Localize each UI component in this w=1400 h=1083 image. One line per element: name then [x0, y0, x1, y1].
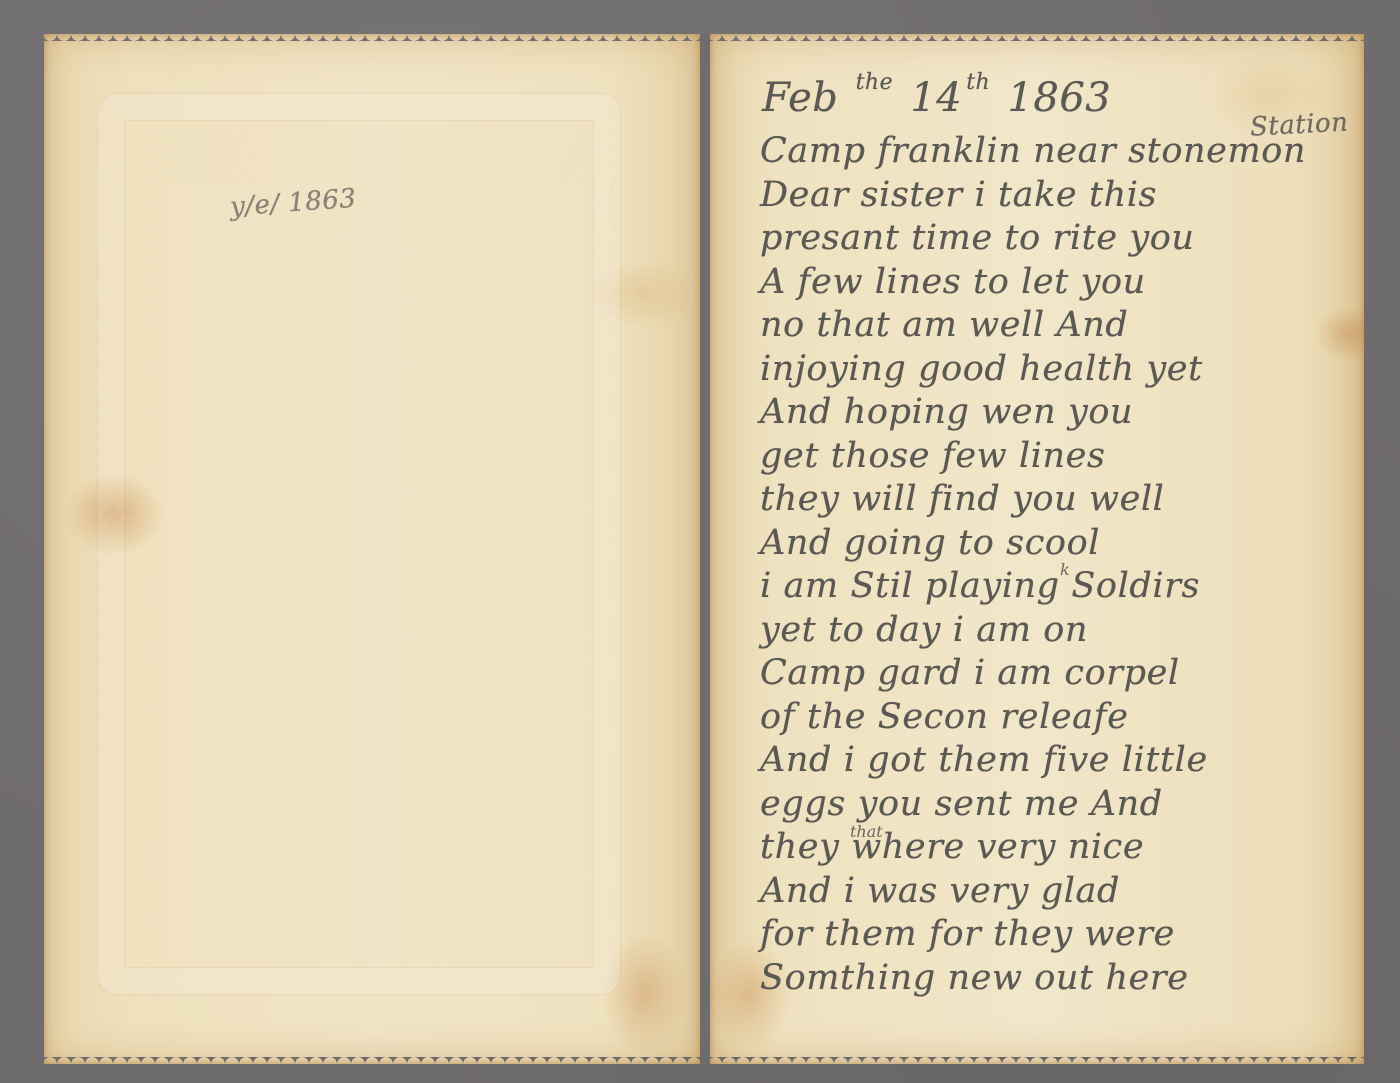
left-page — [44, 34, 700, 1064]
letter-line: And going to scool — [760, 522, 1360, 566]
letter-line: A few lines to let you — [760, 261, 1360, 305]
letter-line: And i was very glad — [760, 870, 1360, 914]
letter-line: Camp gard i am corpel — [760, 652, 1360, 696]
letter-line: injoying good health yet — [760, 348, 1360, 392]
letter-line: Camp franklin near stonemon — [760, 130, 1360, 174]
letter-line: get those few lines — [760, 435, 1360, 479]
document-stage: y/e/ 1863 Feb the 14th 1863 Station Camp… — [0, 0, 1400, 1083]
letter-line: eggs you sent me And — [760, 783, 1360, 827]
letter-line: no that am well And — [760, 304, 1360, 348]
letter-line: And hoping wen you — [760, 391, 1360, 435]
letter-date: Feb the 14th 1863 — [762, 70, 1111, 121]
date-day-suffix: th — [966, 70, 990, 95]
letter-line: yet to day i am on — [760, 609, 1360, 653]
date-day: 14 — [910, 75, 962, 121]
center-fold — [700, 34, 710, 1064]
letter-line: for them for they were — [760, 913, 1360, 957]
letter-line: Somthing new out here — [760, 957, 1360, 1001]
date-month: Feb — [762, 75, 838, 121]
letter-line: presant time to rite you — [760, 217, 1360, 261]
date-year: 1863 — [1007, 75, 1111, 121]
letter-line: they will find you well — [760, 478, 1360, 522]
interlinear-note: that — [850, 822, 883, 841]
date-superscript: the — [856, 70, 894, 95]
lace-center-panel — [164, 184, 584, 964]
letter-line: Dear sister i take this — [760, 174, 1360, 218]
interlinear-note: k — [1060, 560, 1070, 579]
letter-line: And i got them five little — [760, 739, 1360, 783]
letter-line: of the Secon releafe — [760, 696, 1360, 740]
